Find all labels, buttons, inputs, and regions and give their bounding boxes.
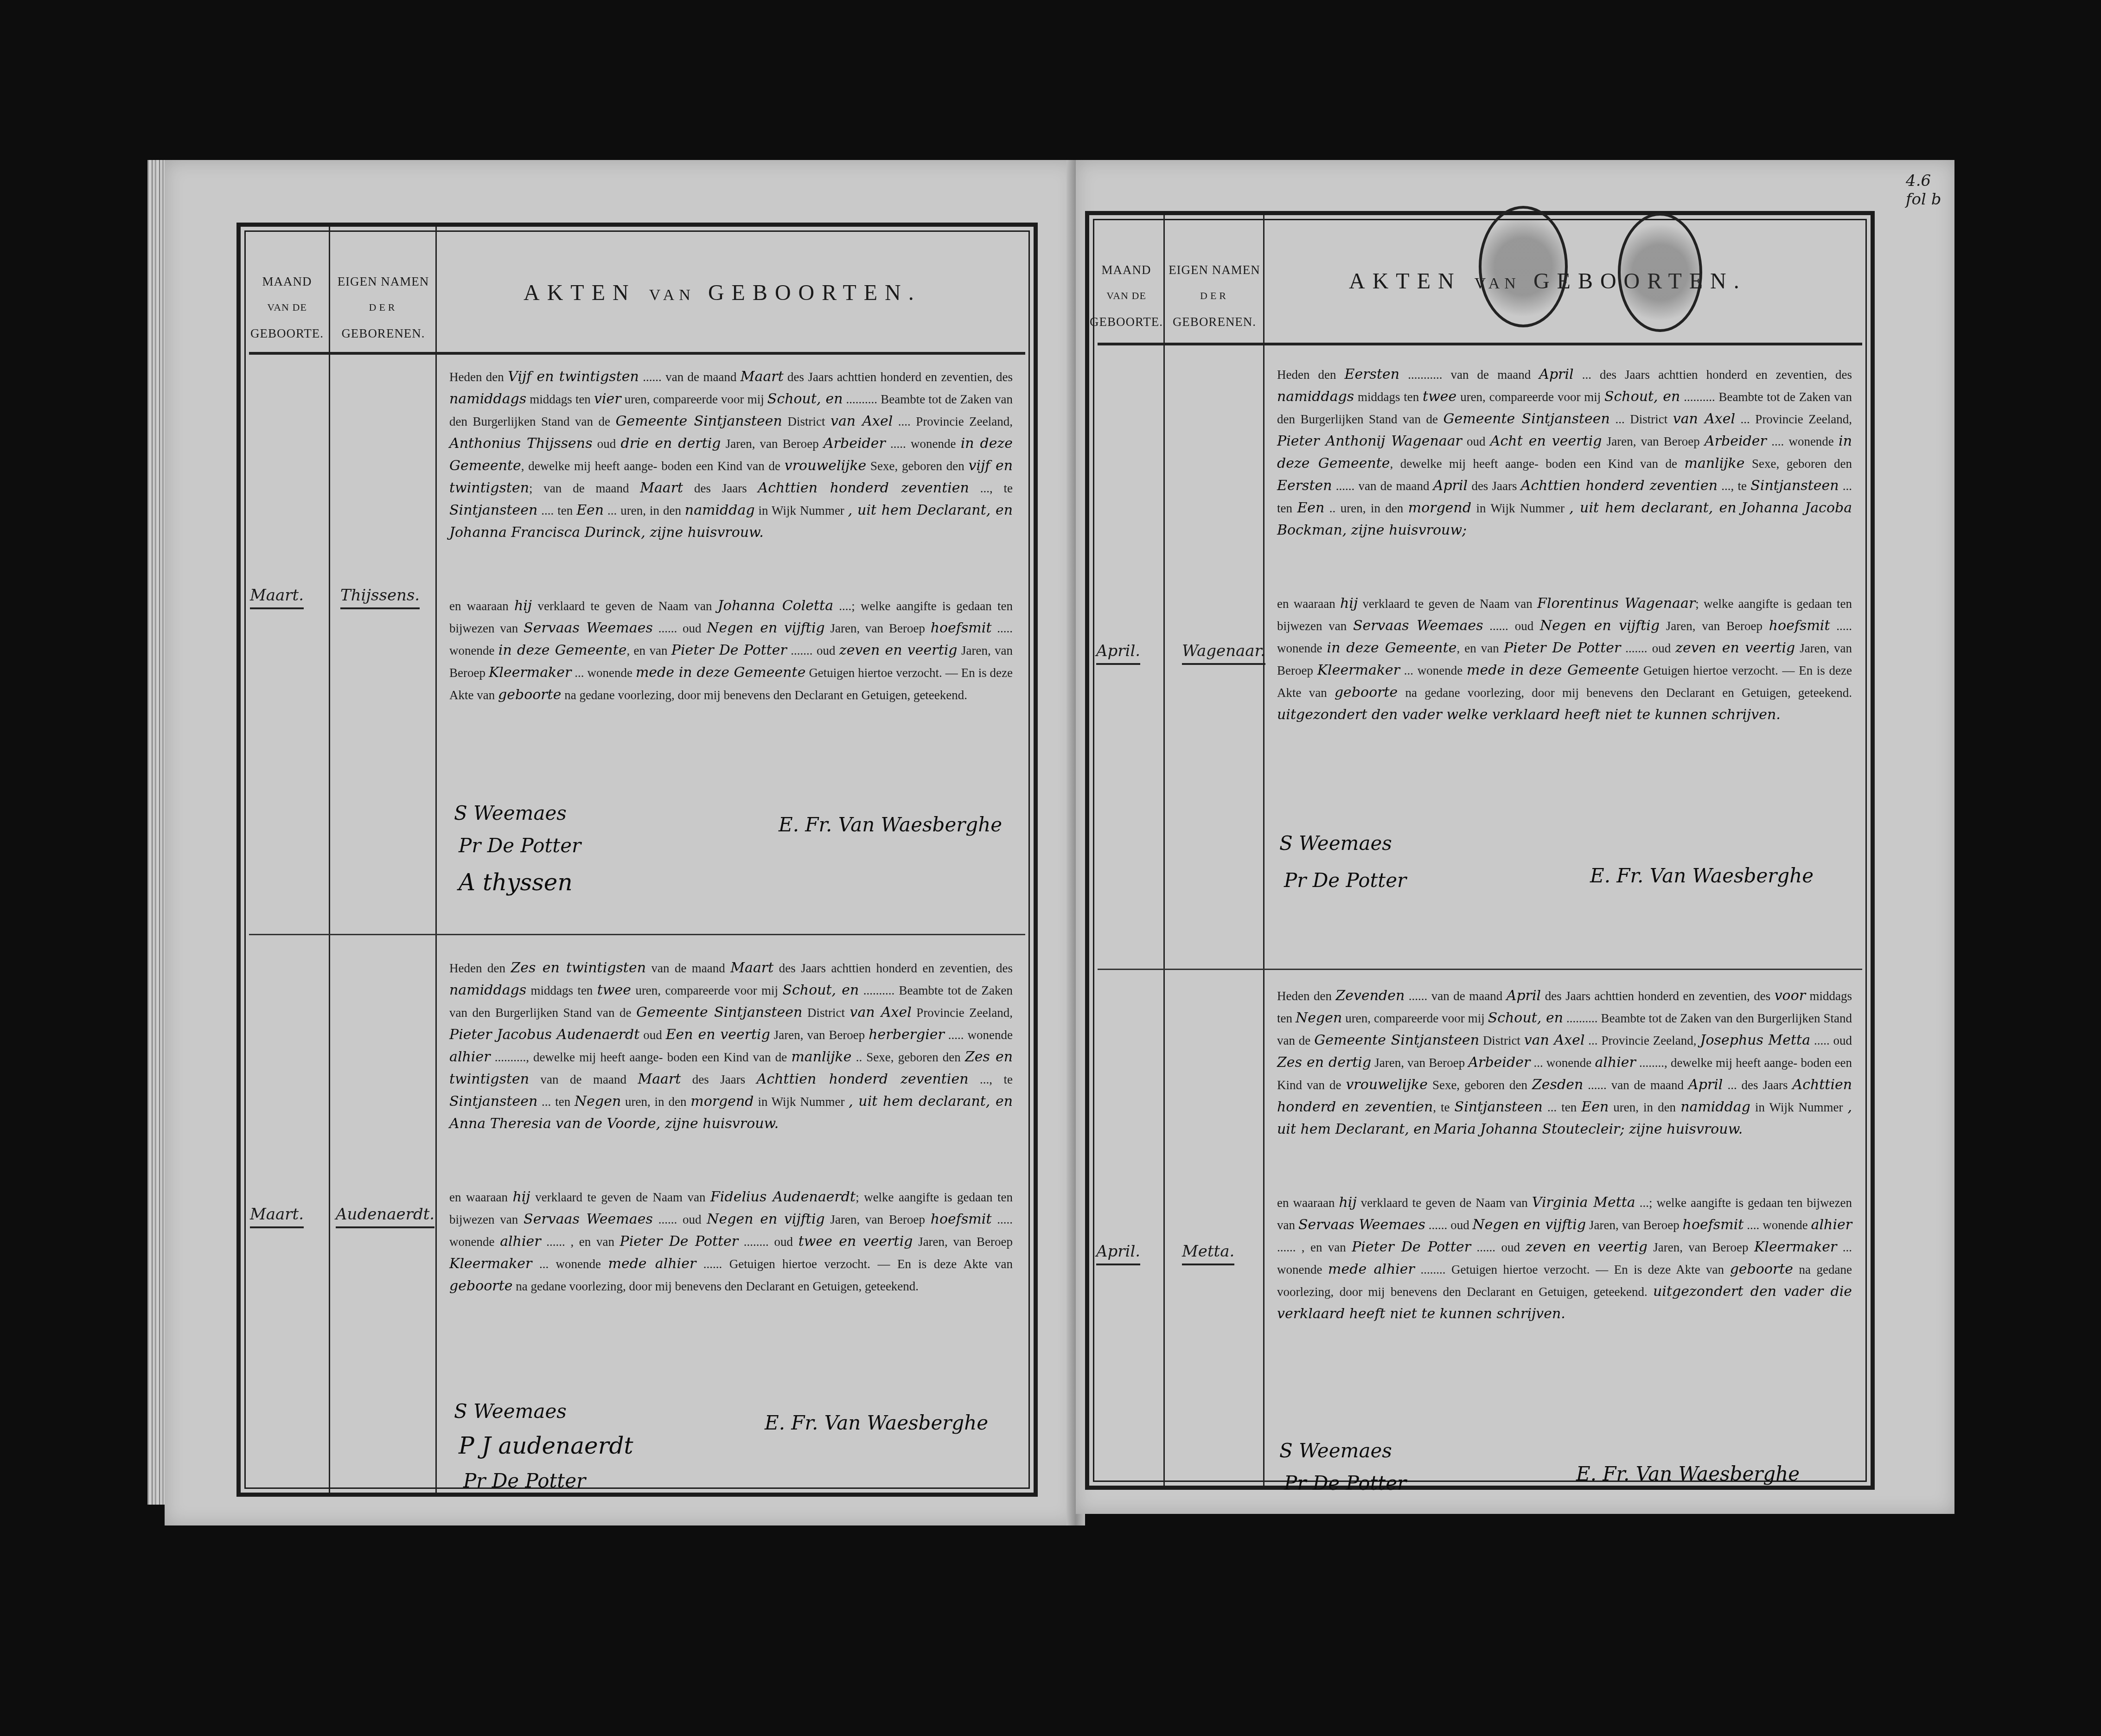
column-divider: [1263, 215, 1264, 1486]
register-frame-left: MAAND VAN DE GEBOORTE. EIGEN NAMEN DER G…: [236, 223, 1038, 1497]
signature-witness1: S Weemaes: [454, 1400, 567, 1423]
act-month: April.: [1096, 1242, 1140, 1265]
column-header-month: MAAND VAN DE GEBOORTE.: [1089, 257, 1163, 335]
act-separator: [1098, 969, 1862, 970]
signature-witness1: S Weemaes: [1279, 832, 1392, 855]
act-separator: [249, 934, 1025, 935]
header-rule: [1098, 343, 1862, 345]
signature-officer: E. Fr. Van Waesberghe: [779, 813, 1002, 836]
act-naming-paragraph: en waaraan hij verklaard te geven de Naa…: [1277, 593, 1852, 726]
act-month: Maart.: [250, 586, 304, 609]
signature-officer: E. Fr. Van Waesberghe: [765, 1411, 988, 1434]
column-divider: [329, 227, 330, 1493]
signature-witness2: Pr De Potter: [1284, 1472, 1406, 1494]
act-paragraph: Heden den Zevenden ...... van de maand A…: [1277, 985, 1852, 1141]
act-child-surname: Thijssens.: [340, 586, 420, 609]
child-given-name: Johanna Coletta: [718, 598, 833, 614]
act-child-surname: Audenaerdt.: [336, 1205, 434, 1228]
register-frame-right: MAAND VAN DE GEBOORTE. EIGEN NAMEN DER G…: [1085, 211, 1875, 1490]
birth-act-3: Heden den Eersten ........... van de maa…: [1277, 364, 1852, 726]
child-given-name: Virginia Metta: [1532, 1194, 1635, 1211]
birth-act-4: Heden den Zevenden ...... van de maand A…: [1277, 985, 1852, 1325]
archive-stamp: [1618, 213, 1702, 332]
column-divider: [1163, 215, 1165, 1486]
folio-number: 4.6 fol b: [1906, 172, 1941, 209]
column-divider: [435, 227, 437, 1493]
child-given-name: Fidelius Audenaerdt: [710, 1189, 856, 1205]
child-given-name: Florentinus Wagenaar: [1537, 595, 1695, 612]
signature-officer: E. Fr. Van Waesberghe: [1590, 864, 1814, 887]
act-naming-paragraph: en waaraan hij verklaard te geven de Naa…: [449, 595, 1013, 706]
signature-declarant: P J audenaerdt: [459, 1432, 633, 1459]
signature-witness1: S Weemaes: [454, 802, 567, 824]
birth-act-1: Heden den Vijf en twintigsten ...... van…: [449, 366, 1013, 706]
annotation-father-cannot-write: uitgezondert den vader welke verklaard h…: [1277, 707, 1781, 723]
right-page: 4.6 fol b MAAND VAN DE GEBOORTE. EIGEN N…: [1076, 160, 1954, 1514]
act-naming-paragraph: en waaraan hij verklaard te geven de Naa…: [449, 1186, 1013, 1297]
signature-witness1: S Weemaes: [1279, 1439, 1392, 1462]
book-page-edges: [147, 160, 166, 1505]
column-header-names: EIGEN NAMEN DER GEBORENEN.: [331, 268, 435, 346]
left-page: MAAND VAN DE GEBOORTE. EIGEN NAMEN DER G…: [165, 160, 1076, 1525]
act-month: Maart.: [250, 1205, 304, 1228]
act-naming-paragraph: en waaraan hij verklaard te geven de Naa…: [1277, 1192, 1852, 1325]
act-child-surname: Wagenaar.: [1182, 642, 1265, 665]
act-paragraph: Heden den Eersten ........... van de maa…: [1277, 364, 1852, 542]
signature-declarant: A thyssen: [459, 869, 573, 896]
page-title: AKTEN VAN GEBOORTEN.: [524, 280, 921, 306]
act-month: April.: [1096, 642, 1140, 665]
archive-stamp: [1479, 206, 1568, 327]
header-rule: [249, 352, 1025, 355]
act-child-surname: Metta.: [1182, 1242, 1234, 1265]
signature-witness2: Pr De Potter: [463, 1469, 586, 1492]
signature-witness2: Pr De Potter: [1284, 869, 1406, 892]
act-paragraph: Heden den Vijf en twintigsten ...... van…: [449, 366, 1013, 544]
signature-witness2: Pr De Potter: [459, 834, 581, 857]
birth-act-2: Heden den Zes en twintigsten van de maan…: [449, 957, 1013, 1297]
signature-officer: E. Fr. Van Waesberghe: [1576, 1462, 1800, 1485]
column-header-month: MAAND VAN DE GEBOORTE.: [245, 268, 329, 346]
act-paragraph: Heden den Zes en twintigsten van de maan…: [449, 957, 1013, 1135]
column-header-names: EIGEN NAMEN DER GEBORENEN.: [1166, 257, 1263, 335]
